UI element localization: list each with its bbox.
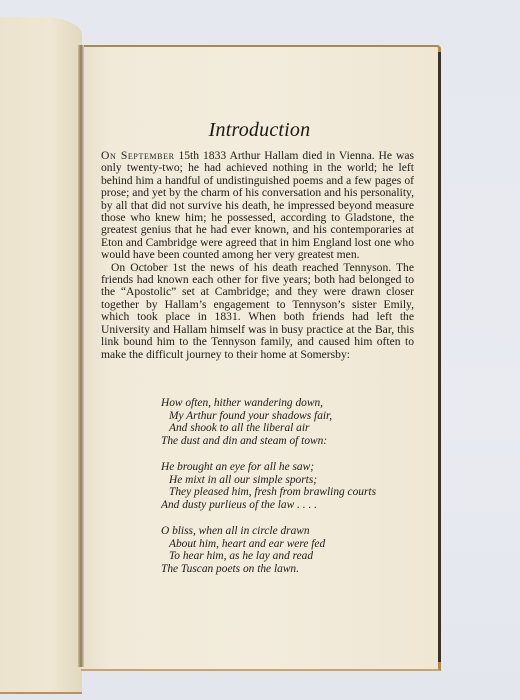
opening-smallcaps: On September: [101, 149, 175, 162]
poem-line: He mixt in all our simple sports;: [161, 474, 376, 487]
stanza-3: O bliss, when all in circle drawn About …: [161, 525, 376, 575]
prose-body: On September 15th 1833 Arthur Hallam die…: [101, 150, 414, 361]
page-title: Introduction: [81, 119, 438, 142]
poem-line: The dust and din and steam of town:: [161, 435, 376, 448]
book-gutter: [78, 45, 84, 667]
poem-line: How often, hither wandering down,: [161, 397, 376, 410]
paragraph-2: On October 1st the news of his death rea…: [101, 262, 414, 361]
poem-line: He brought an eye for all he saw;: [161, 461, 376, 474]
poem-line: And dusty purlieus of the law . . . .: [161, 499, 376, 512]
left-page: [0, 17, 82, 694]
page-edge: [438, 52, 441, 662]
stanza-2: He brought an eye for all he saw; He mix…: [161, 461, 376, 511]
poem-line: They pleased him, fresh from brawling co…: [161, 486, 376, 499]
poem-line: To hear him, as he lay and read: [161, 550, 376, 563]
poem-line: The Tuscan poets on the lawn.: [161, 563, 376, 576]
poem-line: About him, heart and ear were fed: [161, 538, 376, 551]
right-page: Introduction On September 15th 1833 Arth…: [81, 45, 441, 671]
poem-line: And shook to all the liberal air: [161, 422, 376, 435]
stanza-1: How often, hither wandering down, My Art…: [161, 397, 376, 447]
poem-line: O bliss, when all in circle drawn: [161, 525, 376, 538]
poem-line: My Arthur found your shadows fair,: [161, 410, 376, 423]
poem-quote: How often, hither wandering down, My Art…: [161, 397, 376, 589]
paragraph-1: On September 15th 1833 Arthur Hallam die…: [101, 150, 414, 262]
